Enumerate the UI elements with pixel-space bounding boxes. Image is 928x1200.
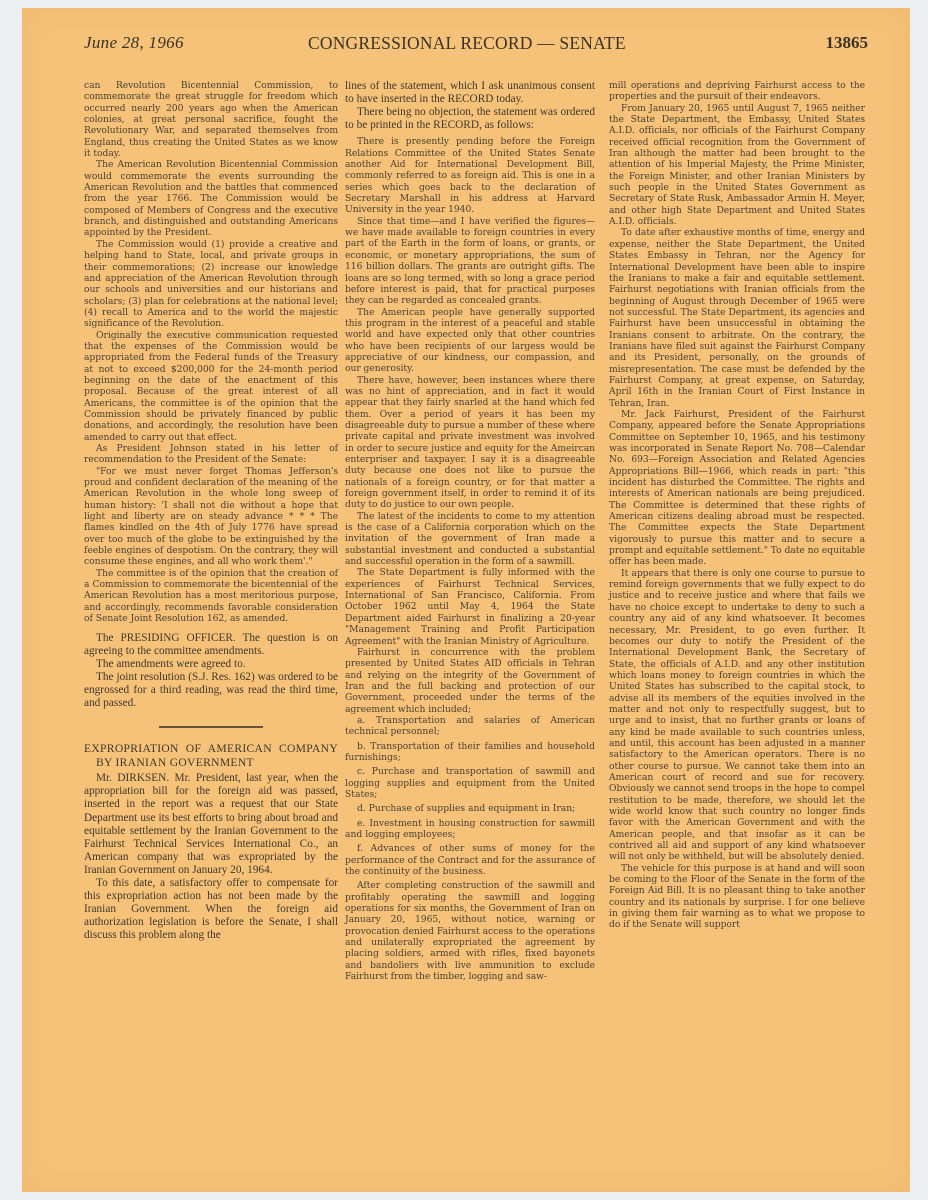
paragraph: The latest of the incidents to come to m… <box>345 511 595 568</box>
paragraph: Mr. Jack Fairhurst, President of the Fai… <box>609 409 865 568</box>
paragraph: The joint resolution (S.J. Res. 162) was… <box>84 671 338 710</box>
paragraph: After completing construction of the saw… <box>345 880 595 982</box>
header-date: June 28, 1966 <box>84 33 184 53</box>
presiding-officer-statement: The PRESIDING OFFICER. The question is o… <box>84 632 338 658</box>
list-item: f. Advances of other sums of money for t… <box>345 843 595 877</box>
paragraph: To date after exhaustive months of time,… <box>609 227 865 409</box>
list-item: c. Purchase and transportation of sawmil… <box>345 766 595 800</box>
paragraph: mill operations and depriving Fairhurst … <box>609 80 865 103</box>
paragraph: Fairhurst in concurrence with the proble… <box>345 647 595 715</box>
paragraph: There have, however, been instances wher… <box>345 375 595 511</box>
list-item: d. Purchase of supplies and equipment in… <box>345 803 595 814</box>
paragraph: Originally the executive communication r… <box>84 330 338 443</box>
paragraph: As President Johnson stated in his lette… <box>84 443 338 466</box>
paragraph: The amendments were agreed to. <box>84 658 338 671</box>
paragraph: To this date, a satisfactory offer to co… <box>84 877 338 942</box>
paragraph: The vehicle for this purpose is at hand … <box>609 863 865 931</box>
list-item: b. Transportation of their families and … <box>345 741 595 764</box>
paragraph: There being no objection, the statement … <box>345 106 595 132</box>
paragraph: Since that time—and I have verified the … <box>345 216 595 307</box>
section-heading: EXPROPRIATION OF AMERICAN COMPANY BY IRA… <box>84 742 338 769</box>
column-3: mill operations and depriving Fairhurst … <box>609 80 865 931</box>
paragraph: The committee is of the opinion that the… <box>84 568 338 625</box>
page-number: 13865 <box>826 33 869 53</box>
paragraph: The State Department is fully informed w… <box>345 567 595 646</box>
quotation: "For we must never forget Thomas Jeffers… <box>84 466 338 568</box>
paragraph: It appears that there is only one course… <box>609 568 865 863</box>
paragraph: lines of the statement, which I ask unan… <box>345 80 595 106</box>
header-title: CONGRESSIONAL RECORD — SENATE <box>308 33 626 54</box>
paragraph: can Revolution Bicentennial Commission, … <box>84 80 338 159</box>
page-header: June 28, 1966 CONGRESSIONAL RECORD — SEN… <box>84 33 876 57</box>
column-2: lines of the statement, which I ask unan… <box>345 80 595 982</box>
section-divider <box>159 726 263 728</box>
paragraph: The American people have generally suppo… <box>345 307 595 375</box>
paragraph: There is presently pending before the Fo… <box>345 136 595 215</box>
list-item: a. Transportation and salaries of Americ… <box>345 715 595 738</box>
paragraph: From January 20, 1965 until August 7, 19… <box>609 103 865 228</box>
paragraph: The American Revolution Bicentennial Com… <box>84 159 338 238</box>
list-item: e. Investment in housing construction fo… <box>345 818 595 841</box>
column-1: can Revolution Bicentennial Commission, … <box>84 80 338 942</box>
paragraph: Mr. DIRKSEN. Mr. President, last year, w… <box>84 772 338 877</box>
paragraph: The Commission would (1) provide a creat… <box>84 239 338 330</box>
